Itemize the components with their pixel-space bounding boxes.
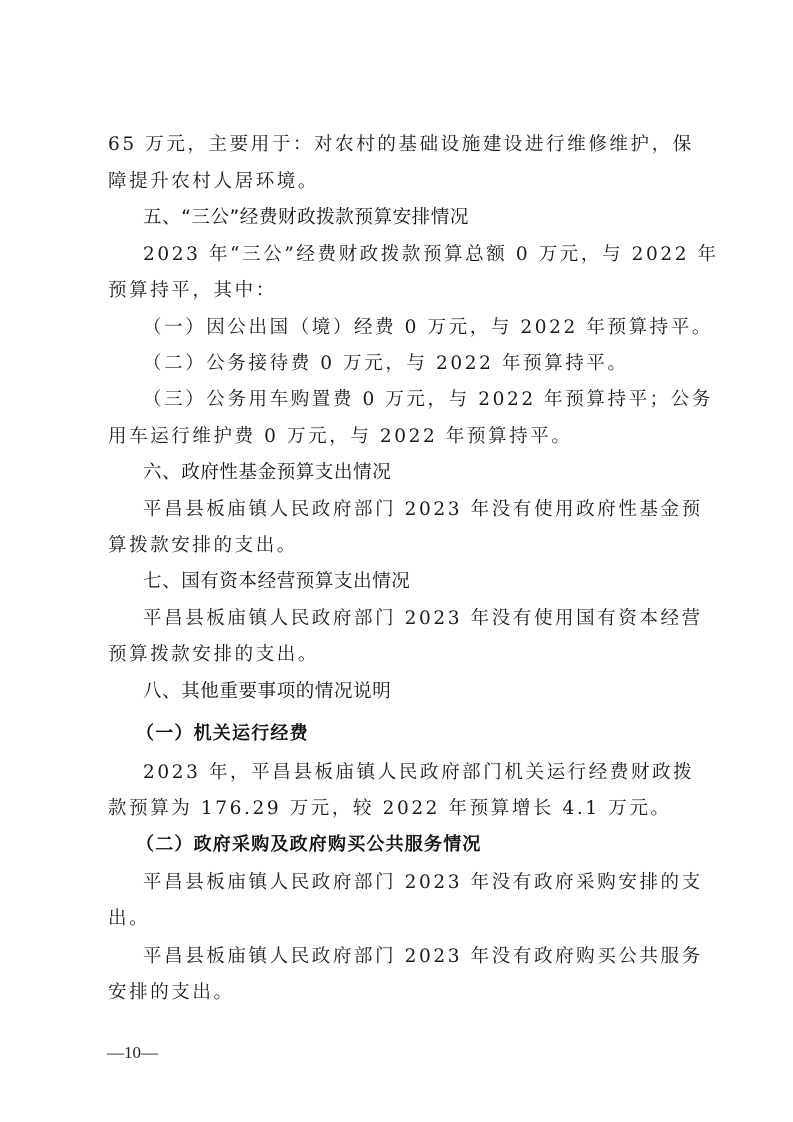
body-text-line: 65 万元，主要用于：对农村的基础设施建设进行维修维护，保 bbox=[108, 133, 698, 157]
body-text-line: 安排的支出。 bbox=[108, 981, 698, 1005]
section-heading-eight: 八、其他重要事项的情况说明 bbox=[143, 680, 733, 704]
subsection-heading-operating-costs: （一）机关运行经费 bbox=[136, 722, 726, 746]
body-text-line: 算拨款安排的支出。 bbox=[108, 534, 698, 558]
body-text-line: 款预算为 176.29 万元，较 2022 年预算增长 4.1 万元。 bbox=[108, 797, 698, 821]
body-text-line: 平昌县板庙镇人民政府部门 2023 年没有使用政府性基金预 bbox=[143, 498, 733, 522]
body-text-line: 2023 年，平昌县板庙镇人民政府部门机关运行经费财政拨 bbox=[143, 761, 733, 785]
body-text-line: 平昌县板庙镇人民政府部门 2023 年没有政府购买公共服务 bbox=[143, 945, 733, 969]
body-text-line: （一）因公出国（境）经费 0 万元，与 2022 年预算持平。 bbox=[143, 316, 733, 340]
body-text-line: （二）公务接待费 0 万元，与 2022 年预算持平。 bbox=[143, 352, 733, 376]
section-heading-five: 五、“三公”经费财政拨款预算安排情况 bbox=[143, 206, 733, 230]
body-text-line: 预算持平，其中： bbox=[108, 279, 698, 303]
body-text-line: 2023 年“三公”经费财政拨款预算总额 0 万元，与 2022 年 bbox=[143, 243, 733, 267]
section-heading-seven: 七、国有资本经营预算支出情况 bbox=[143, 570, 733, 594]
body-text-line: 预算拨款安排的支出。 bbox=[108, 643, 698, 667]
body-text-line: 出。 bbox=[108, 907, 698, 931]
section-heading-six: 六、政府性基金预算支出情况 bbox=[143, 461, 733, 485]
page-number: —10— bbox=[107, 1043, 158, 1063]
body-text-line: 障提升农村人居环境。 bbox=[108, 170, 698, 194]
body-text-line: 平昌县板庙镇人民政府部门 2023 年没有政府采购安排的支 bbox=[143, 871, 733, 895]
subsection-heading-procurement: （二）政府采购及政府购买公共服务情况 bbox=[136, 833, 726, 857]
body-text-line: （三）公务用车购置费 0 万元，与 2022 年预算持平；公务 bbox=[143, 388, 733, 412]
body-text-line: 平昌县板庙镇人民政府部门 2023 年没有使用国有资本经营 bbox=[143, 607, 733, 631]
document-page: 65 万元，主要用于：对农村的基础设施建设进行维修维护，保 障提升农村人居环境。… bbox=[0, 0, 793, 1122]
body-text-line: 用车运行维护费 0 万元，与 2022 年预算持平。 bbox=[108, 425, 698, 449]
